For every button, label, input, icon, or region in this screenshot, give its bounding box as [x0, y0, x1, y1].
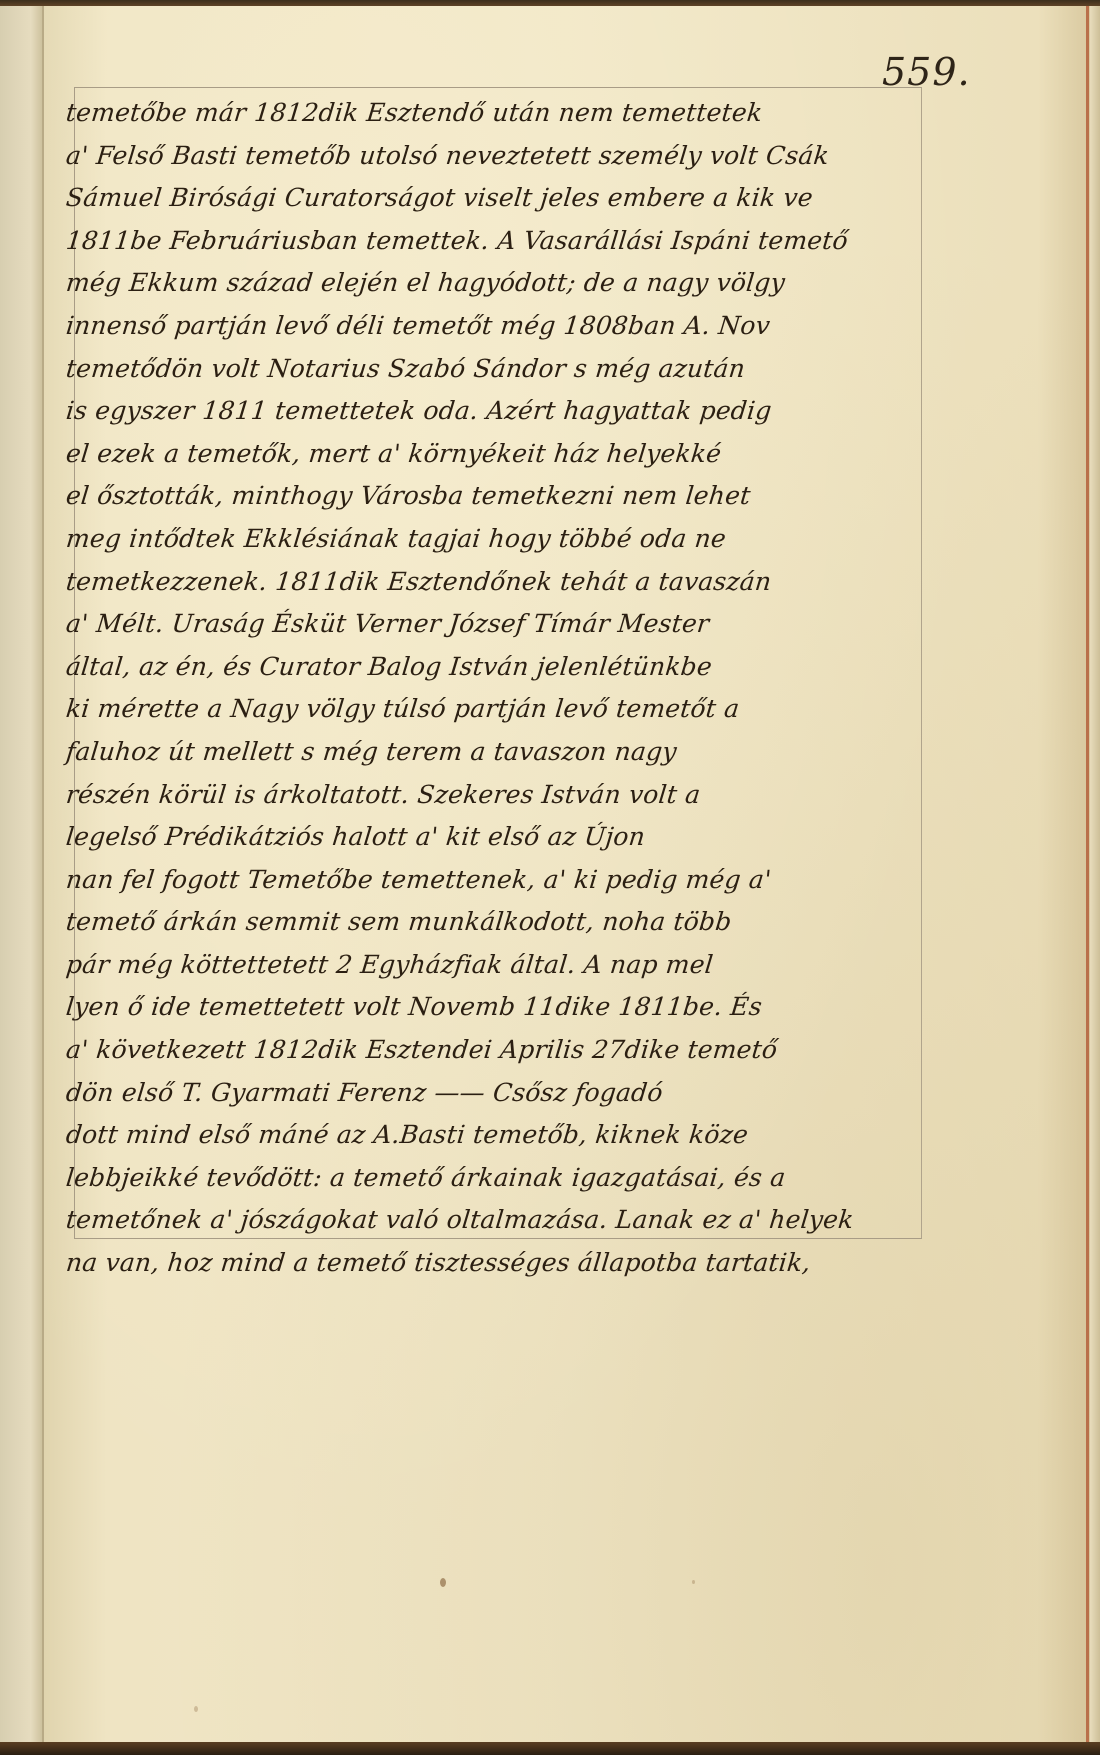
text-line: temetkezzenek. 1811dik Esztendőnek tehát… [64, 561, 938, 604]
foxing-spot [194, 1706, 198, 1712]
text-line: is egyszer 1811 temettetek oda. Azért ha… [64, 390, 938, 433]
text-line: el ősztották, minthogy Városba temetkezn… [64, 475, 938, 518]
text-line: temetőbe már 1812dik Esztendő után nem t… [64, 92, 938, 135]
book-bottom-edge [0, 1742, 1100, 1755]
text-line: a' Mélt. Uraság Ésküt Verner József Tímá… [64, 603, 938, 646]
text-line: meg intődtek Ekklésiának tagjai hogy töb… [64, 518, 938, 561]
text-line: a' következett 1812dik Esztendei Aprilis… [64, 1029, 938, 1072]
text-line: temetőnek a' jószágokat való oltalmazása… [64, 1199, 938, 1242]
text-line: temetődön volt Notarius Szabó Sándor s m… [64, 348, 938, 391]
text-line: 1811be Februáriusban temettek. A Vasarál… [64, 220, 938, 263]
foxing-spot [692, 1580, 695, 1584]
text-line: részén körül is árkoltatott. Szekeres Is… [64, 774, 938, 817]
text-line: lyen ő ide temettetett volt Novemb 11dik… [64, 986, 938, 1029]
text-line: innenső partján levő déli temetőt még 18… [64, 305, 938, 348]
foxing-spot [440, 1578, 446, 1587]
text-line: el ezek a temetők, mert a' környékeit há… [64, 433, 938, 476]
previous-page-gutter [0, 6, 44, 1744]
text-line: lebbjeikké tevődött: a temető árkainak i… [64, 1157, 938, 1200]
page-edge-red [1086, 6, 1089, 1744]
text-line: dön első T. Gyarmati Ferenz —— Csősz fog… [64, 1072, 938, 1115]
handwritten-text-block: temetőbe már 1812dik Esztendő után nem t… [66, 92, 936, 1285]
text-line: még Ekkum század elején el hagyódott; de… [64, 262, 938, 305]
text-line: által, az én, és Curator Balog István je… [64, 646, 938, 689]
text-line: dott mind első máné az A.Basti temetőb, … [64, 1114, 938, 1157]
page-edge-outer [1090, 6, 1100, 1744]
text-line: temető árkán semmit sem munkálkodott, no… [64, 901, 938, 944]
text-line: a' Felső Basti temetőb utolsó neveztetet… [64, 135, 938, 178]
text-line: Sámuel Birósági Curatorságot viselt jele… [64, 177, 938, 220]
text-line: faluhoz út mellett s még terem a tavaszo… [64, 731, 938, 774]
page-number: 559. [882, 50, 971, 94]
text-line: pár még köttettetett 2 Egyházfiak által.… [64, 944, 938, 987]
text-line: legelső Prédikátziós halott a' kit első … [64, 816, 938, 859]
text-line: nan fel fogott Temetőbe temettenek, a' k… [64, 859, 938, 902]
text-line: ki mérette a Nagy völgy túlsó partján le… [64, 688, 938, 731]
text-line: na van, hoz mind a temető tisztességes á… [64, 1242, 938, 1285]
